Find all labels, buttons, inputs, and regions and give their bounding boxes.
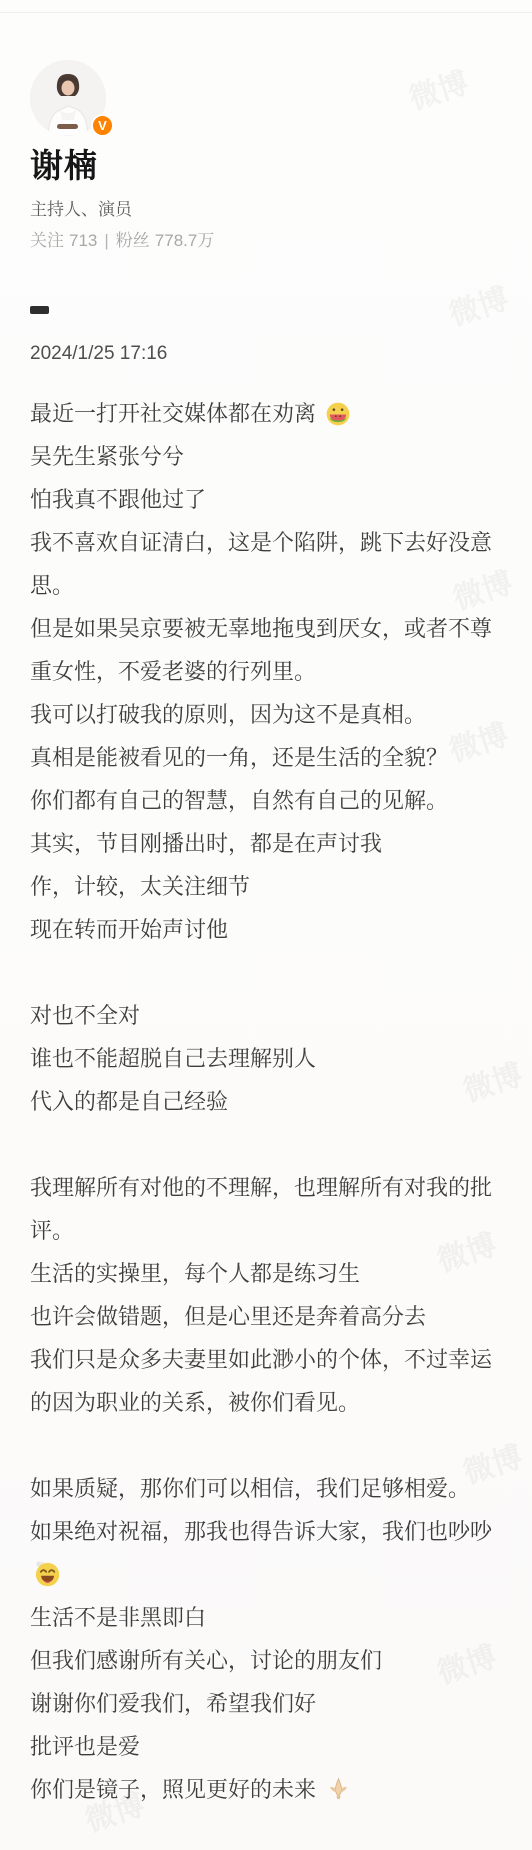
post-line: 我可以打破我的原则，因为这不是真相。 <box>30 693 505 736</box>
watermark: 微博 <box>443 274 514 334</box>
post-line-text: 也许会做错题，但是心里还是奔着高分去 <box>30 1304 426 1329</box>
post-blank-line <box>30 1424 505 1467</box>
post-line-text: 生活的实操里，每个人都是练习生 <box>30 1261 360 1286</box>
post-line-text: 你们是镜子，照见更好的未来 <box>30 1777 316 1802</box>
post-line-text: 怕我真不跟他过了 <box>30 487 206 512</box>
followers-count[interactable]: 778.7万 <box>155 231 215 250</box>
profile-header: V 谢楠 主持人、演员 关注713|粉丝778.7万 <box>0 0 532 252</box>
post-line-text: 生活不是非黑即白 <box>30 1605 206 1630</box>
post-line-text: 我不喜欢自证清白，这是个陷阱，跳下去好没意思。 <box>30 530 492 598</box>
post-blank-line <box>30 1123 505 1166</box>
avatar[interactable]: V <box>30 60 106 136</box>
profile-occupation: 主持人、演员 <box>30 199 532 221</box>
post-line: 但我们感谢所有关心，讨论的朋友们 <box>30 1639 505 1682</box>
post-line-text: 我理解所有对他的不理解，也理解所有对我的批评。 <box>30 1175 492 1243</box>
post-line-text: 但我们感谢所有关心，讨论的朋友们 <box>30 1648 382 1673</box>
followers-label[interactable]: 粉丝 <box>116 231 150 250</box>
post-line-text: 如果绝对祝福，那我也得告诉大家，我们也吵吵 <box>30 1519 492 1544</box>
post-line: 我们只是众多夫妻里如此渺小的个体，不过幸运的因为职业的关系，被你们看见。 <box>30 1338 505 1424</box>
post-line: 你们都有自己的智慧，自然有自己的见解。 <box>30 779 505 822</box>
post-line: 代入的都是自己经验 <box>30 1080 505 1123</box>
verified-badge-icon: V <box>91 114 114 137</box>
post-line: 作，计较，太关注细节 <box>30 865 505 908</box>
profile-name[interactable]: 谢楠 <box>30 146 532 186</box>
weibo-post-screenshot: 微博微博微博微博微博微博微博微博微博 V 谢楠 主持人、演员 关注713|粉丝7… <box>0 0 532 1850</box>
post-line-text: 但是如果吴京要被无辜地拖曳到厌女，或者不尊重女性，不爱老婆的行列里。 <box>30 616 492 684</box>
post-line: 生活的实操里，每个人都是练习生 <box>30 1252 505 1295</box>
post-line-text: 对也不全对 <box>30 1003 140 1028</box>
post-line: 谢谢你们爱我们，希望我们好 <box>30 1682 505 1725</box>
post-line-text: 其实，节目刚播出时，都是在声讨我 <box>30 831 382 856</box>
post-line: 我理解所有对他的不理解，也理解所有对我的批评。 <box>30 1166 505 1252</box>
post-line: 怕我真不跟他过了 <box>30 478 505 521</box>
post-line: 吴先生紧张兮兮 <box>30 435 505 478</box>
post-line-text: 作，计较，太关注细节 <box>30 874 250 899</box>
post-line: 其实，节目刚播出时，都是在声讨我 <box>30 822 505 865</box>
laughing-emoji <box>33 1553 61 1596</box>
post-line-text: 真相是能被看见的一角，还是生活的全貌？ <box>30 745 448 770</box>
post-line: 如果质疑，那你们可以相信，我们足够相爱。 <box>30 1467 505 1510</box>
post-line-text: 代入的都是自己经验 <box>30 1089 228 1114</box>
post-line-text: 批评也是爱 <box>30 1734 140 1759</box>
post-line-text: 现在转而开始声讨他 <box>30 917 228 942</box>
post-line <box>30 1553 505 1596</box>
post-line-text: 我们只是众多夫妻里如此渺小的个体，不过幸运的因为职业的关系，被你们看见。 <box>30 1347 492 1415</box>
stats-separator: | <box>104 231 108 250</box>
post-line: 但是如果吴京要被无辜地拖曳到厌女，或者不尊重女性，不爱老婆的行列里。 <box>30 607 505 693</box>
post-body: 最近一打开社交媒体都在劝离 吴先生紧张兮兮怕我真不跟他过了我不喜欢自证清白，这是… <box>30 392 505 1811</box>
post-line: 也许会做错题，但是心里还是奔着高分去 <box>30 1295 505 1338</box>
post-line-text: 如果质疑，那你们可以相信，我们足够相爱。 <box>30 1476 470 1501</box>
folded-hands-emoji <box>325 1768 352 1811</box>
post-line: 真相是能被看见的一角，还是生活的全貌？ <box>30 736 505 779</box>
post-line: 我不喜欢自证清白，这是个陷阱，跳下去好没意思。 <box>30 521 505 607</box>
post-line-text: 你们都有自己的智慧，自然有自己的见解。 <box>30 788 448 813</box>
post-line: 生活不是非黑即白 <box>30 1596 505 1639</box>
following-count[interactable]: 713 <box>69 231 97 250</box>
post-line-text: 我可以打破我的原则，因为这不是真相。 <box>30 702 426 727</box>
post-line-text: 谢谢你们爱我们，希望我们好 <box>30 1691 316 1716</box>
post-line: 你们是镜子，照见更好的未来 <box>30 1768 505 1811</box>
post-blank-line <box>30 951 505 994</box>
post-line-text: 最近一打开社交媒体都在劝离 <box>30 401 316 426</box>
following-label[interactable]: 关注 <box>30 231 64 250</box>
post-line: 现在转而开始声讨他 <box>30 908 505 951</box>
post-line: 对也不全对 <box>30 994 505 1037</box>
post-line-text: 吴先生紧张兮兮 <box>30 444 184 469</box>
post-line-text: 谁也不能超脱自己去理解别人 <box>30 1046 316 1071</box>
post-line: 最近一打开社交媒体都在劝离 <box>30 392 505 435</box>
profile-stats: 关注713|粉丝778.7万 <box>30 230 532 252</box>
post-line: 谁也不能超脱自己去理解别人 <box>30 1037 505 1080</box>
collapsed-content-dash <box>30 306 49 314</box>
post-timestamp: 2024/1/25 17:16 <box>30 342 532 366</box>
post-line: 批评也是爱 <box>30 1725 505 1768</box>
eating-melon-emoji <box>325 392 351 435</box>
post-line: 如果绝对祝福，那我也得告诉大家，我们也吵吵 <box>30 1510 505 1553</box>
